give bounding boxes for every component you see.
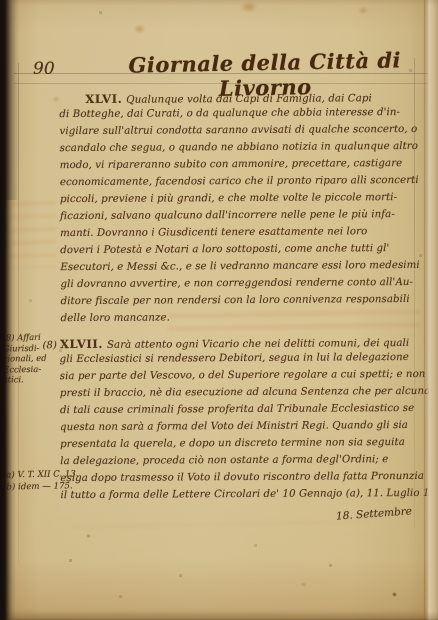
page-edge-line bbox=[424, 0, 425, 620]
paper-speckles bbox=[0, 0, 1, 1]
margin-note-line: (8) Affari Giurisdi- bbox=[3, 331, 61, 353]
section-number: XLVII. bbox=[60, 337, 107, 351]
ink-speck bbox=[392, 592, 397, 597]
margin-note-citations: (a) V. T. XII C. 13. (b) idem — 175. bbox=[3, 468, 61, 493]
text-line: il tutto a forma delle Lettere Circolari… bbox=[60, 488, 426, 507]
section-xlvi: XLVI.Qualunque volta dai Capi di Famigli… bbox=[59, 90, 426, 330]
page-edge-top bbox=[0, 0, 438, 6]
binding-gutter bbox=[0, 0, 16, 620]
foxing-stain bbox=[133, 24, 146, 34]
manuscript-page-scan: 90 Giornale della Città di Livorno XLVI.… bbox=[0, 0, 438, 620]
ink-bleedthrough-lower bbox=[70, 520, 370, 534]
page-number: 90 bbox=[33, 59, 55, 79]
foxing-stain bbox=[300, 582, 307, 587]
margin-note-subject: (8) Affari Giurisdi- zionali, ed Ecclesi… bbox=[3, 331, 62, 385]
foxing-stain bbox=[240, 1, 258, 13]
margin-note-line: zionali, ed Ecclesia- bbox=[3, 352, 61, 374]
binding-gutter-shadow bbox=[0, 0, 22, 200]
text-line-content: Sarà attento ogni Vicario che nei delitt… bbox=[107, 338, 409, 351]
page-edge-bottom bbox=[0, 611, 438, 620]
foxing-stain bbox=[86, 534, 91, 538]
margin-note-line: (b) idem — 175. bbox=[3, 480, 61, 493]
margin-note-line: (a) V. T. XII C. 13. bbox=[3, 468, 61, 481]
text-line: delle loro mancanze. bbox=[61, 311, 427, 330]
margin-note-line: stici. bbox=[3, 373, 61, 385]
section-number: XLVI. bbox=[85, 92, 126, 106]
date-continuation: 18. Settembre bbox=[336, 505, 413, 522]
foxing-stain bbox=[358, 6, 369, 15]
section-xlvii: (8)XLVII.Sarà attento ogni Vicario che n… bbox=[59, 335, 426, 507]
text-line-content: Qualunque volta dai Capi di Famiglia, da… bbox=[126, 93, 372, 105]
ink-bleedthrough-left-margin bbox=[6, 198, 56, 268]
